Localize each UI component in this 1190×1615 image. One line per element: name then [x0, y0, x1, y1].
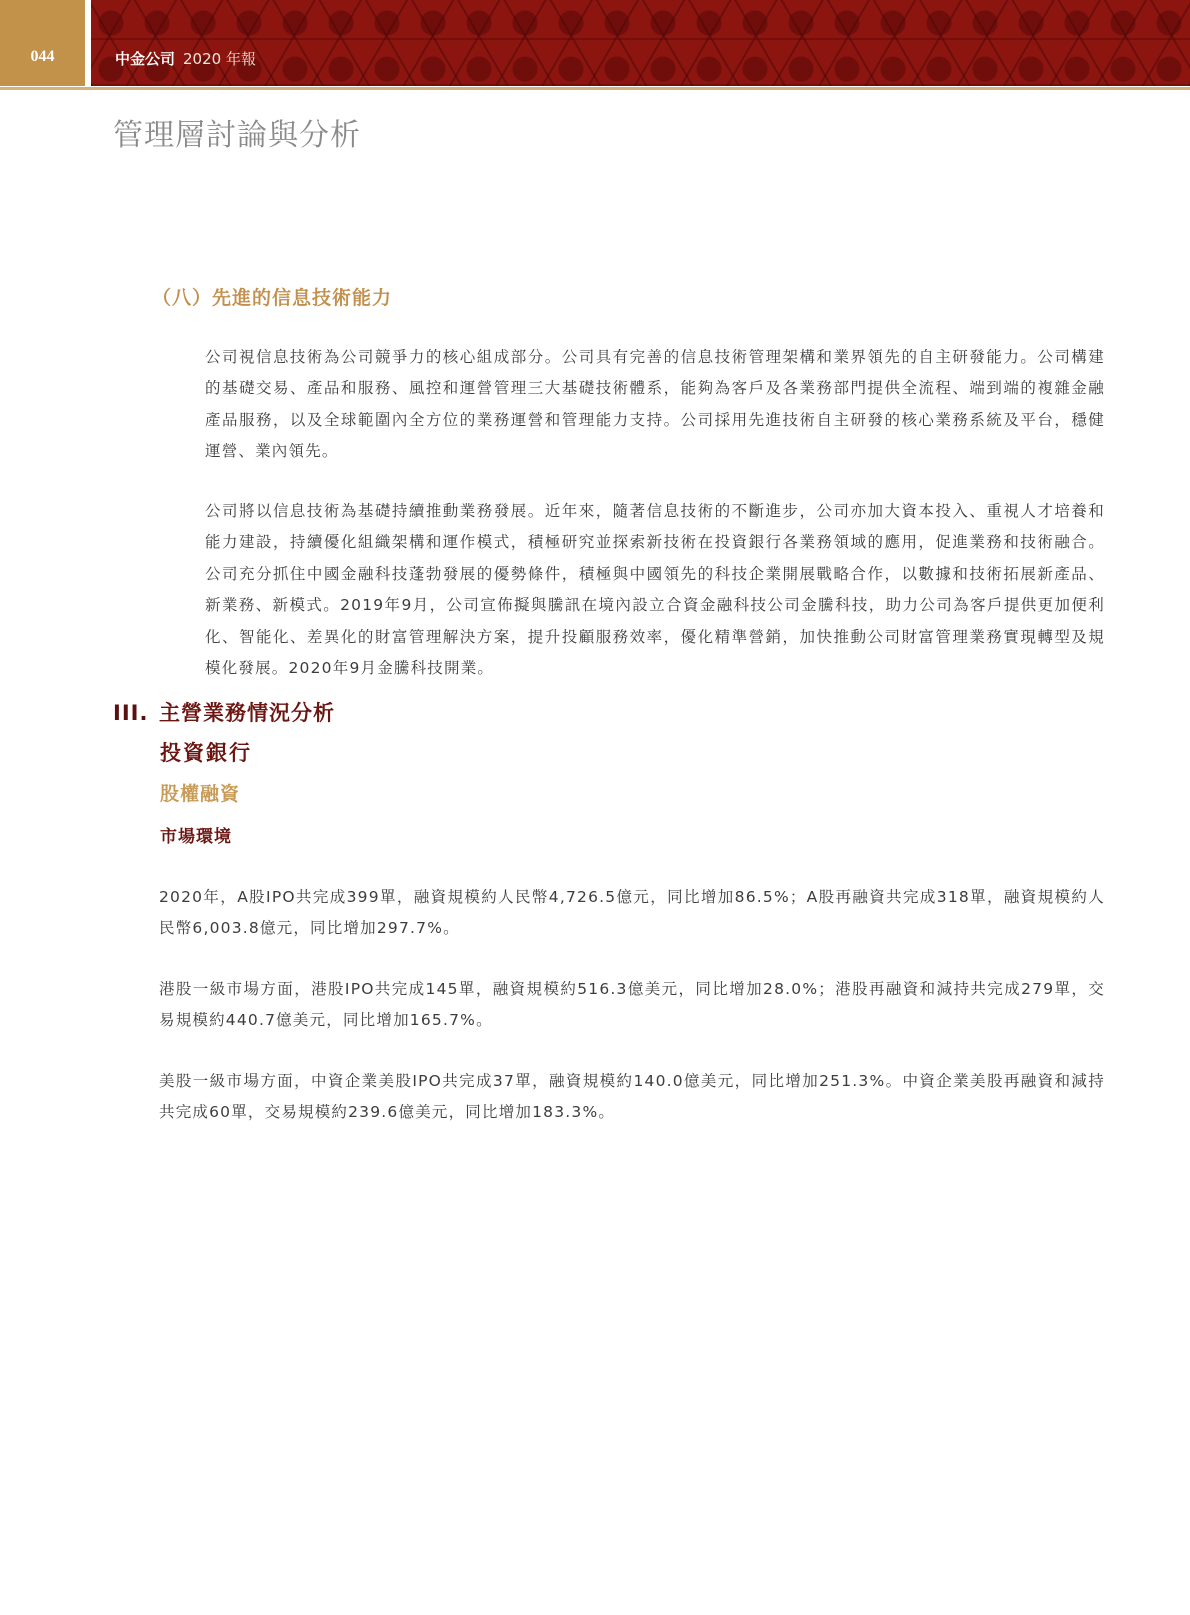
- subheading-equity-financing: 股權融資: [160, 779, 240, 806]
- page-header: 044 中金公司2020 年報: [0, 0, 1190, 92]
- page-number-block: 044: [0, 0, 85, 86]
- header-banner-pattern: [91, 0, 1190, 86]
- paragraph: 2020年，A股IPO共完成399單，融資規模約人民幣4,726.5億元，同比增…: [159, 882, 1105, 945]
- page-number: 044: [0, 48, 85, 66]
- section-heading-it-capability: （八）先進的信息技術能力: [152, 283, 392, 310]
- paragraph: 港股一級市場方面，港股IPO共完成145單，融資規模約516.3億美元，同比增加…: [159, 974, 1105, 1037]
- section-heading-main-business: III.主營業務情況分析: [113, 697, 335, 727]
- subheading-investment-banking: 投資銀行: [160, 737, 252, 767]
- paragraph: 公司將以信息技術為基礎持續推動業務發展。近年來，隨著信息技術的不斷進步，公司亦加…: [205, 496, 1105, 685]
- header-title: 中金公司2020 年報: [115, 48, 256, 69]
- paragraph: 美股一級市場方面，中資企業美股IPO共完成37單，融資規模約140.0億美元，同…: [159, 1066, 1105, 1129]
- paragraph: 公司視信息技術為公司競爭力的核心組成部分。公司具有完善的信息技術管理架構和業界領…: [205, 342, 1105, 468]
- company-name: 中金公司: [115, 50, 175, 68]
- section-number: III.: [113, 701, 159, 725]
- page-title: 管理層討論與分析: [113, 110, 361, 154]
- report-name: 2020 年報: [183, 50, 256, 68]
- section-title: 主營業務情況分析: [159, 701, 335, 725]
- subheading-market-environment: 市場環境: [160, 822, 232, 847]
- header-rule: [0, 87, 1190, 90]
